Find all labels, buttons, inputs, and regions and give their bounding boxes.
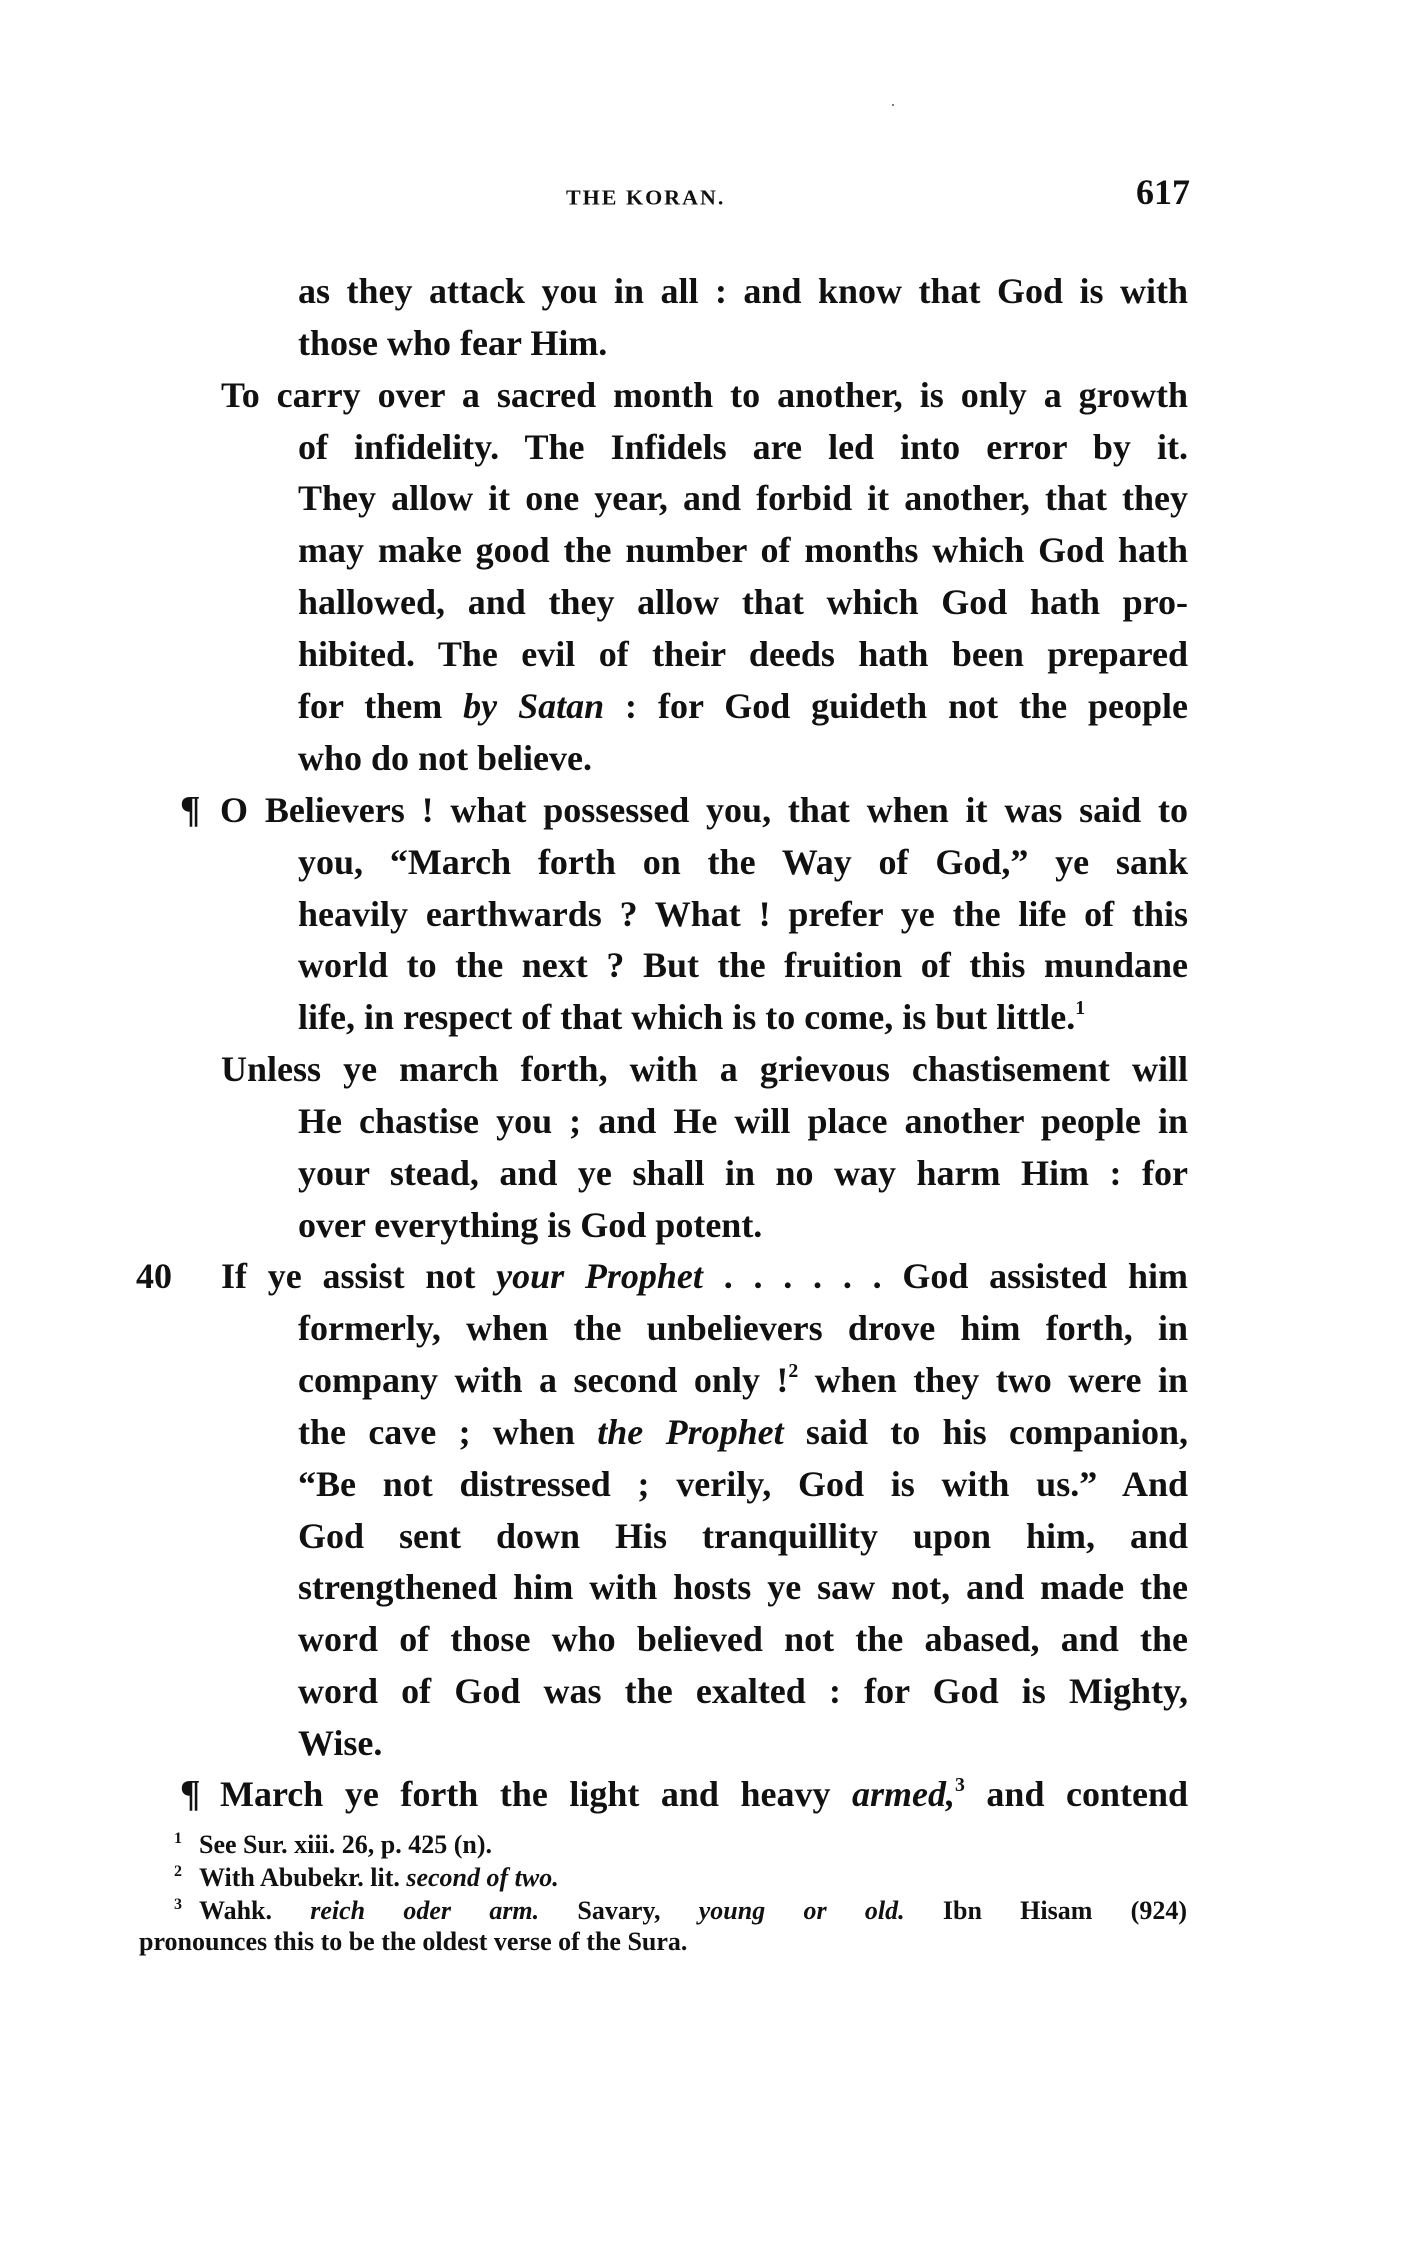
text-line: formerly, when the unbelievers drove him… [298,1306,1188,1350]
text-line: They allow it one year, and forbid it an… [298,476,1188,520]
pilcrow-mark: ¶ [180,1772,201,1816]
text-run: Wahk. [199,1896,310,1925]
running-title: THE KORAN. [566,187,756,210]
footnote-2: With Abubekr. lit. second of two. [199,1863,559,1893]
text-line: If ye assist not your Prophet . . . . . … [221,1254,1188,1298]
text-line: word of those who believed not the abase… [298,1617,1188,1661]
footnote-3-continuation: pronounces this to be the oldest verse o… [139,1927,687,1957]
text-line: for them by Satan : for God guideth not … [298,684,1188,728]
text-line: He chastise you ; and He will place anot… [298,1099,1188,1143]
text-line: hibited. The evil of their deeds hath be… [298,632,1188,676]
text-line: O Believers ! what possessed you, that w… [220,788,1188,832]
footnote-ref: 1 [1075,997,1085,1019]
text-run: life, in respect of that which is to com… [298,997,1075,1037]
print-speck [892,104,894,106]
text-line: “Be not distressed ; verily, God is with… [298,1462,1188,1506]
text-line: To carry over a sacred month to another,… [221,373,1188,417]
text-line: your stead, and ye shall in no way harm … [298,1151,1188,1195]
text-run: . . . . . . God assisted him [703,1256,1188,1296]
footnote-number: 2 [174,1864,182,1880]
footnote-ref: 2 [788,1360,798,1382]
text-line: you, “March forth on the Way of God,” ye… [298,840,1188,884]
text-line: strengthened him with hosts ye saw not, … [298,1565,1188,1609]
text-run: If ye assist not [221,1256,496,1296]
text-line: the cave ; when the Prophet said to his … [298,1410,1188,1454]
text-line: may make good the number of months which… [298,528,1188,572]
text-run: the cave ; when [298,1412,597,1452]
footnote-1: See Sur. xiii. 26, p. 425 (n). [199,1830,492,1860]
text-line: life, in respect of that which is to com… [298,995,1158,1039]
text-line: of infidelity. The Infidels are led into… [298,425,1188,469]
footnote-number: 1 [174,1831,182,1847]
text-run: when they two were in [798,1360,1188,1400]
text-run: said to his companion, [784,1412,1188,1452]
text-line: as they attack you in all : and know tha… [298,269,1188,313]
italic-text: reich oder arm. [310,1896,539,1925]
text-run: and contend [965,1774,1188,1814]
italic-text: young or old. [699,1896,905,1925]
page-number: 617 [1124,174,1190,210]
footnote-3: Wahk. reich oder arm. Savary, young or o… [199,1896,1187,1926]
book-page: THE KORAN. 617 as they attack you in all… [0,0,1403,2245]
italic-text: second of two. [406,1863,558,1892]
text-line: those who fear Him. [298,321,1188,365]
footnote-number: 3 [174,1897,182,1913]
text-run: March ye forth the light and heavy [220,1774,852,1814]
text-line: heavily earthwards ? What ! prefer ye th… [298,892,1188,936]
text-line: hallowed, and they allow that which God … [298,580,1188,624]
text-line: Wise. [298,1721,1188,1765]
italic-text: by Satan [463,686,604,726]
text-run: With Abubekr. lit. [199,1863,406,1892]
text-line: company with a second only !2 when they … [298,1358,1188,1402]
text-run: Savary, [539,1896,699,1925]
text-run: for them [298,686,463,726]
footnote-ref: 3 [955,1774,965,1796]
text-line: world to the next ? But the fruition of … [298,943,1188,987]
pilcrow-mark: ¶ [180,788,201,832]
verse-number: 40 [136,1254,172,1298]
italic-text: the Prophet [597,1412,783,1452]
text-run: company with a second only ! [298,1360,788,1400]
text-line: who do not believe. [298,736,1188,780]
italic-text: armed, [852,1774,955,1814]
text-line: over everything is God potent. [298,1203,1188,1247]
text-line: March ye forth the light and heavy armed… [220,1772,1188,1816]
text-line: Unless ye march forth, with a grievous c… [221,1047,1188,1091]
text-run: Ibn Hisam (924) [905,1896,1187,1925]
text-line: God sent down His tranquillity upon him,… [298,1514,1188,1558]
italic-text: your Prophet [496,1256,703,1296]
text-line: word of God was the exalted : for God is… [298,1669,1188,1713]
text-run: : for God guideth not the people [604,686,1188,726]
